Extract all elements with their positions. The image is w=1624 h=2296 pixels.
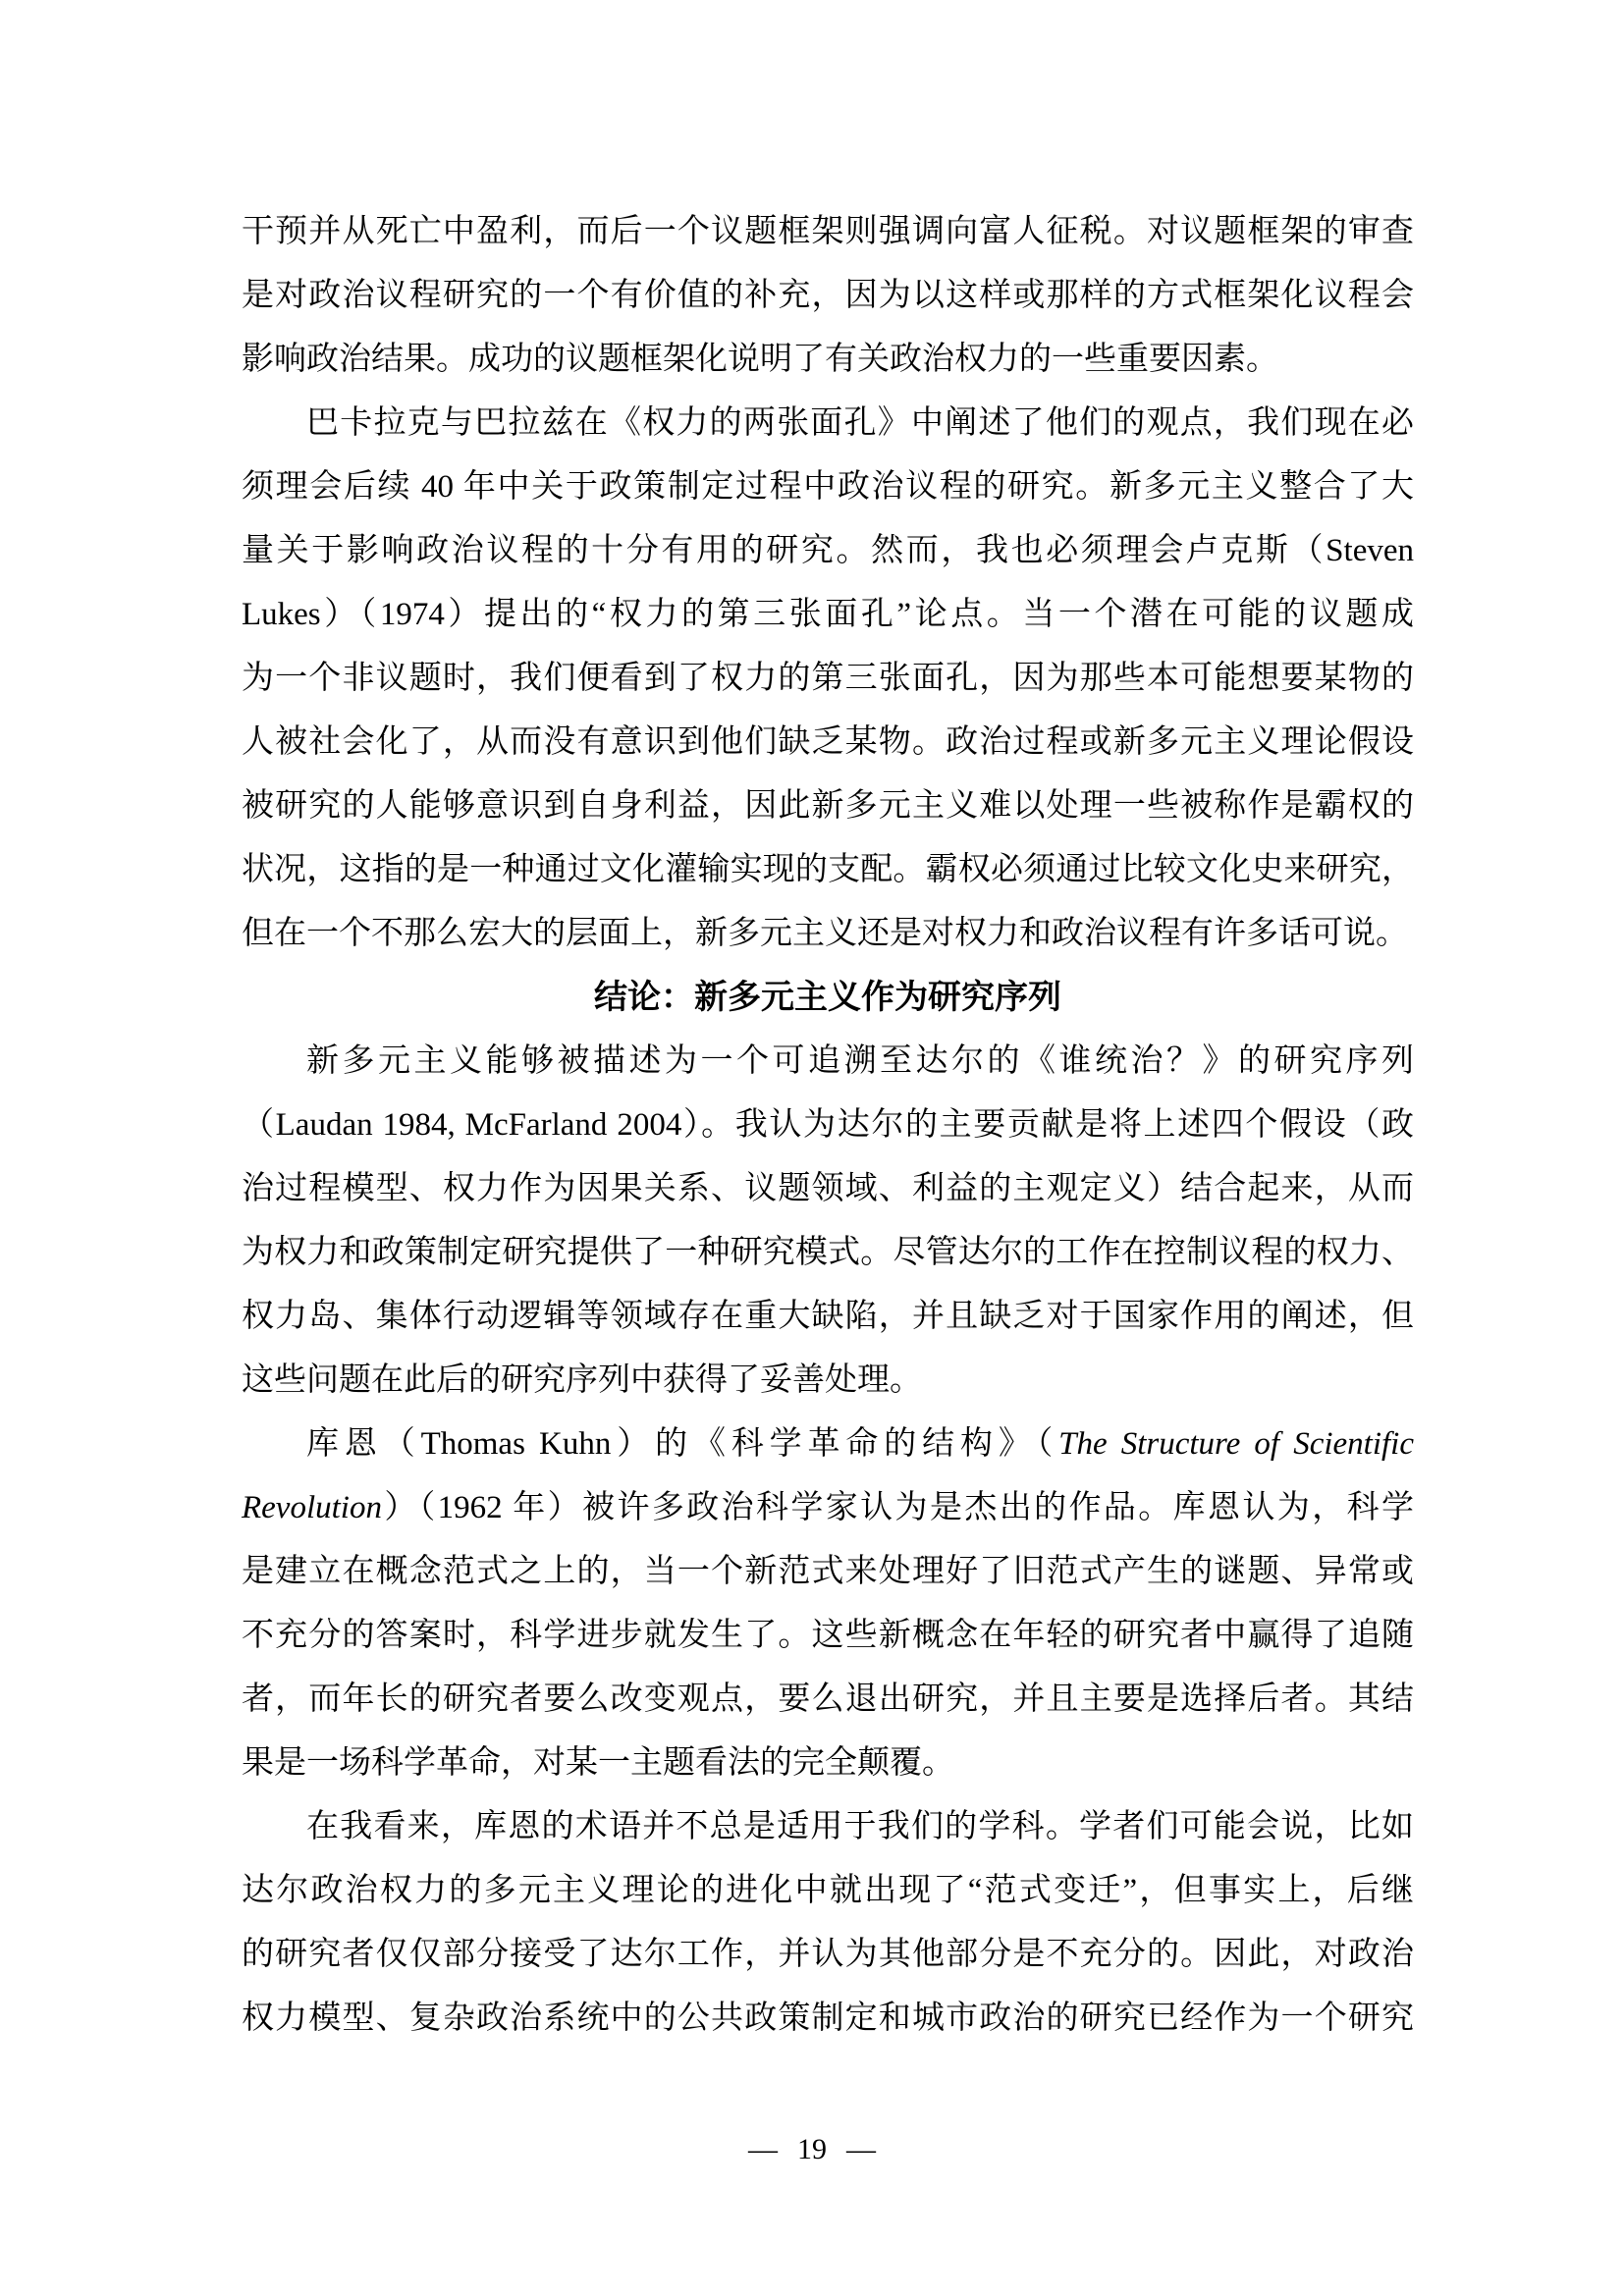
text-line: 达尔政治权力的多元主义理论的进化中就出现了“范式变迁”，但事实上，后继 — [242, 1859, 1414, 1923]
text-line: 影响政治结果。成功的议题框架化说明了有关政治权力的一些重要因素。 — [242, 328, 1414, 392]
page-body-text: 干预并从死亡中盈利，而后一个议题框架则强调向富人征税。对议题框架的审查 是对政治… — [242, 200, 1414, 2051]
text-line: 须理会后续 40 年中关于政策制定过程中政治议程的研究。新多元主义整合了大 — [242, 455, 1414, 519]
paragraph: 干预并从死亡中盈利，而后一个议题框架则强调向富人征税。对议题框架的审查 是对政治… — [242, 200, 1414, 392]
paragraph: 在我看来，库恩的术语并不总是适用于我们的学科。学者们可能会说，比如 达尔政治权力… — [242, 1795, 1414, 2051]
text-line: 新多元主义能够被描述为一个可追溯至达尔的《谁统治？》的研究序列 — [242, 1030, 1414, 1094]
page-number: 19 — [787, 2133, 837, 2165]
text-line: 是对政治议程研究的一个有价值的补充，因为以这样或那样的方式框架化议程会 — [242, 264, 1414, 328]
paragraph: 巴卡拉克与巴拉兹在《权力的两张面孔》中阐述了他们的观点，我们现在必 须理会后续 … — [242, 392, 1414, 966]
text-segment: 库恩（Thomas Kuhn）的《科学革命的结构》（ — [306, 1426, 1058, 1462]
text-line: 权力模型、复杂政治系统中的公共政策制定和城市政治的研究已经作为一个研究 — [242, 1987, 1414, 2051]
text-line: 人被社会化了，从而没有意识到他们缺乏某物。政治过程或新多元主义理论假设 — [242, 711, 1414, 774]
text-line: 不充分的答案时，科学进步就发生了。这些新概念在年轻的研究者中赢得了追随 — [242, 1604, 1414, 1668]
text-line: 治过程模型、权力作为因果关系、议题领域、利益的主观定义）结合起来，从而 — [242, 1157, 1414, 1221]
text-line: 在我看来，库恩的术语并不总是适用于我们的学科。学者们可能会说，比如 — [242, 1795, 1414, 1859]
text-line: 权力岛、集体行动逻辑等领域存在重大缺陷，并且缺乏对于国家作用的阐述，但 — [242, 1285, 1414, 1349]
text-line: 巴卡拉克与巴拉兹在《权力的两张面孔》中阐述了他们的观点，我们现在必 — [242, 392, 1414, 455]
text-line: 干预并从死亡中盈利，而后一个议题框架则强调向富人征税。对议题框架的审查 — [242, 200, 1414, 264]
text-line: 被研究的人能够意识到自身利益，因此新多元主义难以处理一些被称作是霸权的 — [242, 774, 1414, 838]
book-title-italic: Revolution — [242, 1490, 382, 1525]
footer-dash: — — [837, 2133, 886, 2165]
text-line: 果是一场科学革命，对某一主题看法的完全颠覆。 — [242, 1732, 1414, 1795]
text-line: 是建立在概念范式之上的，当一个新范式来处理好了旧范式产生的谜题、异常或 — [242, 1540, 1414, 1604]
footer-dash: — — [738, 2133, 787, 2165]
text-line: 为一个非议题时，我们便看到了权力的第三张面孔，因为那些本可能想要某物的 — [242, 647, 1414, 711]
text-line: 为权力和政策制定研究提供了一种研究模式。尽管达尔的工作在控制议程的权力、 — [242, 1221, 1414, 1285]
text-line: 量关于影响政治议程的十分有用的研究。然而，我也必须理会卢克斯（Steven — [242, 519, 1414, 583]
text-line: 状况，这指的是一种通过文化灌输实现的支配。霸权必须通过比较文化史来研究， — [242, 838, 1414, 902]
section-heading: 结论：新多元主义作为研究序列 — [242, 966, 1414, 1030]
paragraph: 新多元主义能够被描述为一个可追溯至达尔的《谁统治？》的研究序列 （Laudan … — [242, 1030, 1414, 1413]
book-title-italic: The Structure of Scientific — [1058, 1426, 1414, 1462]
text-line: 者，而年长的研究者要么改变观点，要么退出研究，并且主要是选择后者。其结 — [242, 1668, 1414, 1732]
text-line: Lukes）（1974）提出的“权力的第三张面孔”论点。当一个潜在可能的议题成 — [242, 583, 1414, 647]
text-line: 这些问题在此后的研究序列中获得了妥善处理。 — [242, 1349, 1414, 1413]
text-line: 但在一个不那么宏大的层面上，新多元主义还是对权力和政治议程有许多话可说。 — [242, 902, 1414, 966]
document-page: 干预并从死亡中盈利，而后一个议题框架则强调向富人征税。对议题框架的审查 是对政治… — [0, 0, 1624, 2296]
text-line: 库恩（Thomas Kuhn）的《科学革命的结构》（The Structure … — [242, 1413, 1414, 1476]
paragraph: 库恩（Thomas Kuhn）的《科学革命的结构》（The Structure … — [242, 1413, 1414, 1795]
text-segment: ）（1962 年）被许多政治科学家认为是杰出的作品。库恩认为，科学 — [382, 1490, 1414, 1525]
text-line: （Laudan 1984, McFarland 2004）。我认为达尔的主要贡献… — [242, 1094, 1414, 1157]
text-line: Revolution）（1962 年）被许多政治科学家认为是杰出的作品。库恩认为… — [242, 1476, 1414, 1540]
text-line: 的研究者仅仅部分接受了达尔工作，并认为其他部分是不充分的。因此，对政治 — [242, 1923, 1414, 1987]
page-footer: —19— — [0, 2120, 1624, 2179]
